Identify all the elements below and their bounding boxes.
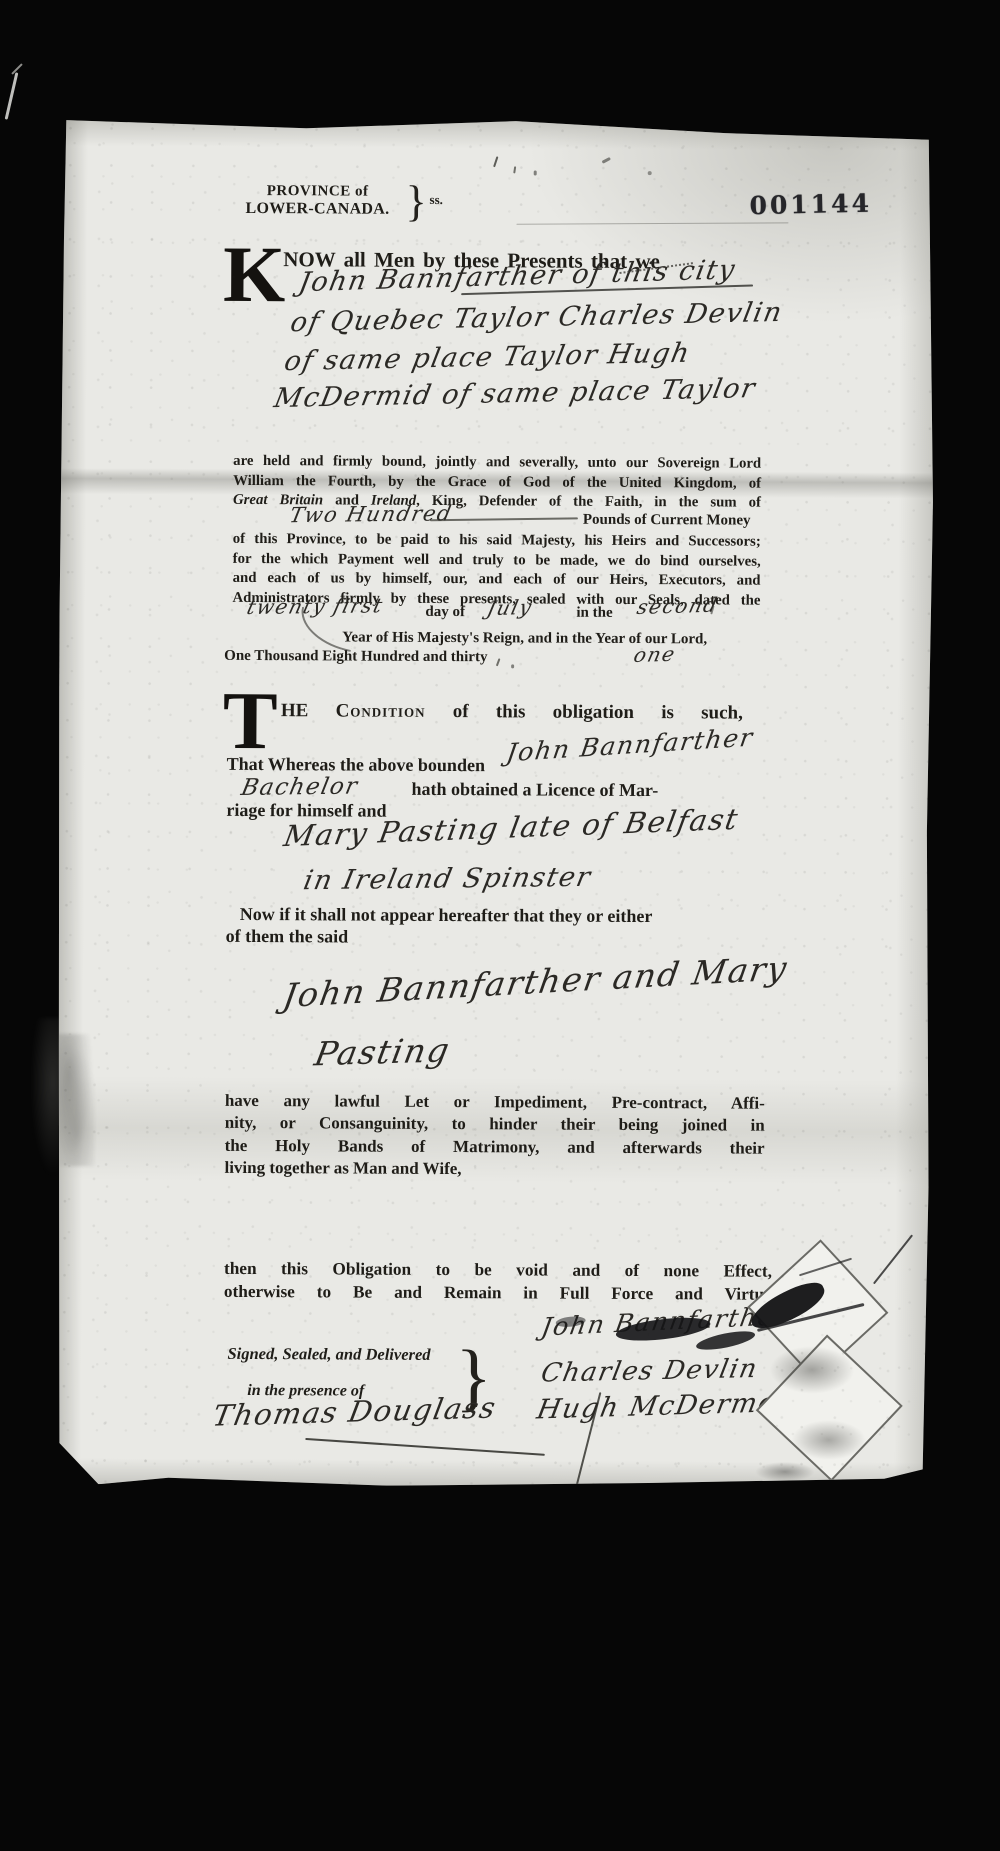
in-the-label: in the	[576, 605, 612, 622]
signature-flourish	[305, 1438, 545, 1456]
whereas-print: Now if it shall not appear hereafter tha…	[240, 904, 653, 927]
fill-in-dash	[430, 517, 578, 521]
bond-line: for the which Payment well and truly to …	[233, 551, 761, 571]
witness-signature: Thomas Douglass	[210, 1391, 499, 1433]
sum-print: Pounds of Current Money	[583, 512, 751, 530]
bond-line3-rest: , King, Defender of the Faith, in the su…	[416, 493, 761, 511]
bond-line: and each of us by himself, our, and each…	[233, 570, 761, 590]
ink-speck	[513, 166, 516, 173]
document-page: PROVINCE of LOWER-CANADA. } ss. 001144 K…	[55, 116, 935, 1489]
sum-handwritten: Two Hundred	[288, 501, 455, 527]
bond-line: of this Province, to be paid to his said…	[233, 531, 761, 551]
condition-word: Condition	[336, 700, 426, 721]
province-caption: PROVINCE of LOWER-CANADA.	[231, 183, 403, 219]
ink-speck	[496, 658, 501, 666]
bond-line: One Thousand Eight Hundred and thirty	[224, 648, 487, 666]
ink-smudge	[791, 1420, 866, 1460]
party-signature: Hugh McDermot	[534, 1387, 791, 1425]
drop-cap-k: K	[223, 244, 286, 307]
party-signature: Charles Devlin	[539, 1354, 761, 1388]
impediment-line: nity, or Consanguinity, to hinder their …	[225, 1113, 765, 1136]
ink-smudge	[755, 1462, 815, 1482]
drop-cap-t: T	[223, 689, 278, 753]
day-of-label: day of	[425, 604, 465, 621]
year-handwritten: one	[632, 642, 679, 667]
condition-rest: of this obligation is such,	[453, 701, 743, 724]
film-scratch	[5, 72, 19, 119]
whereas-print: hath obtained a Licence of Mar-	[411, 779, 658, 801]
condition-he: HE	[281, 700, 309, 721]
regnal-year-handwritten: second	[635, 593, 721, 619]
impediment-line: the Holy Bands of Matrimony, and afterwa…	[225, 1136, 765, 1159]
couple-names-hand: Pasting	[312, 1030, 454, 1073]
obligor-hand-line: McDermid of same place Taylor	[272, 373, 759, 414]
ink-speck	[493, 156, 498, 167]
month-handwritten: July	[485, 595, 535, 620]
signed-sealed-label: Signed, Sealed, and Delivered	[227, 1344, 430, 1365]
ink-speck	[511, 664, 514, 668]
bride-origin-hand: in Ireland Spinster	[301, 862, 594, 896]
ink-speck	[602, 157, 611, 164]
serial-number-stamp: 001144	[749, 189, 872, 221]
groom-status-hand: Bachelor	[239, 774, 361, 801]
ss-label: ss.	[430, 192, 443, 208]
ink-speck	[648, 171, 652, 175]
groom-name-hand: John Bannfarther	[505, 723, 756, 768]
microfilm-scan: PROVINCE of LOWER-CANADA. } ss. 001144 K…	[0, 0, 1000, 1851]
ink-speck	[534, 170, 537, 175]
whereas-print: of them the said	[226, 926, 349, 948]
impediment-line: have any lawful Let or Impediment, Pre-c…	[225, 1091, 765, 1114]
province-line2: LOWER-CANADA.	[231, 200, 403, 219]
couple-names-hand: John Bannfarther and Mary	[280, 948, 790, 1015]
closing-line: then this Obligation to be void and of n…	[224, 1259, 772, 1282]
province-line1: PROVINCE of	[232, 183, 404, 201]
bond-line: William the Fourth, by the Grace of God …	[233, 473, 761, 493]
obligor-hand-line: of Quebec Taylor Charles Devlin	[288, 297, 786, 338]
condition-heading: HE Condition of this obligation is such,	[281, 700, 743, 724]
closing-line: otherwise to Be and Remain in Full Force…	[224, 1282, 772, 1305]
impediment-line: living together as Man and Wife,	[224, 1158, 461, 1179]
obligor-hand-line: of same place Taylor Hugh	[282, 338, 693, 377]
faint-rule	[516, 222, 788, 224]
header-brace: }	[405, 176, 426, 227]
bond-line: are held and firmly bound, jointly and s…	[233, 453, 761, 473]
ink-smudge	[769, 1346, 854, 1394]
pen-stroke	[873, 1234, 913, 1284]
